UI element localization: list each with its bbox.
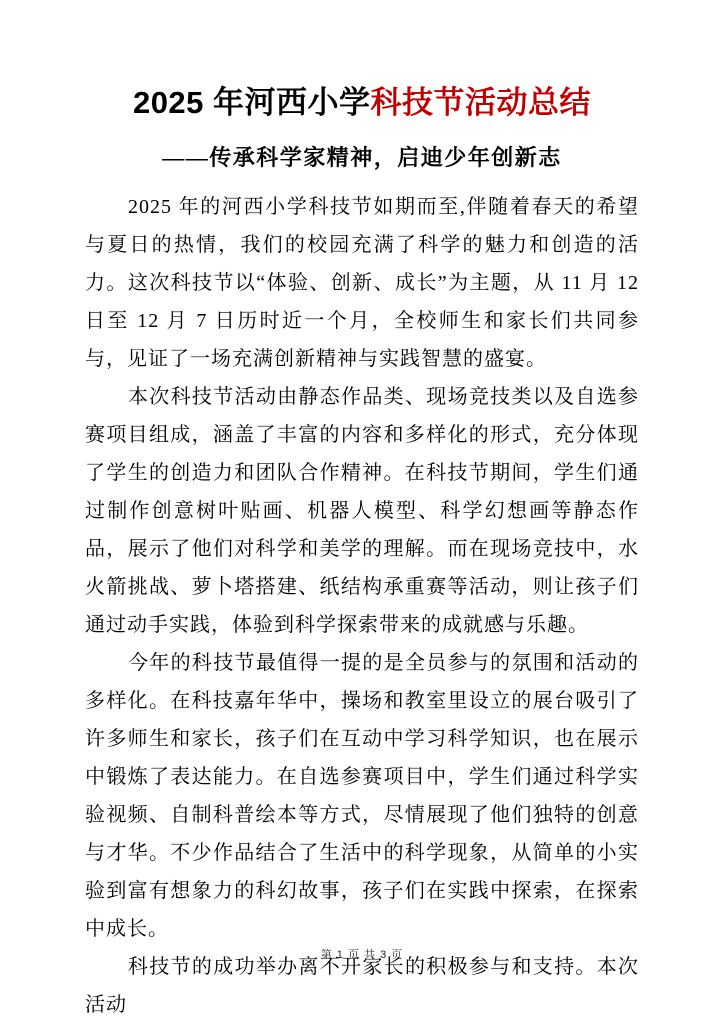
- paragraph-participation: 今年的科技节最值得一提的是全员参与的氛围和活动的多样化。在科技嘉年华中，操场和教…: [85, 644, 639, 948]
- document-page: 2025 年河西小学科技节活动总结 ——传承科学家精神，启迪少年创新志 2025…: [0, 0, 724, 1024]
- paragraph-intro: 2025 年的河西小学科技节如期而至,伴随着春天的希望与夏日的热情，我们的校园充…: [85, 188, 639, 378]
- page-number: 第 1 页 共 3 页: [0, 946, 724, 962]
- title-school-part: 2025 年河西小学: [133, 85, 371, 120]
- document-subtitle: ——传承科学家精神，启迪少年创新志: [0, 141, 724, 172]
- document-body: 2025 年的河西小学科技节如期而至,伴随着春天的希望与夏日的热情，我们的校园充…: [85, 188, 639, 1024]
- title-event-part: 科技节活动总结: [371, 85, 592, 120]
- paragraph-activities: 本次科技节活动由静态作品类、现场竞技类以及自选参赛项目组成，涵盖了丰富的内容和多…: [85, 378, 639, 644]
- document-title: 2025 年河西小学科技节活动总结: [0, 0, 724, 123]
